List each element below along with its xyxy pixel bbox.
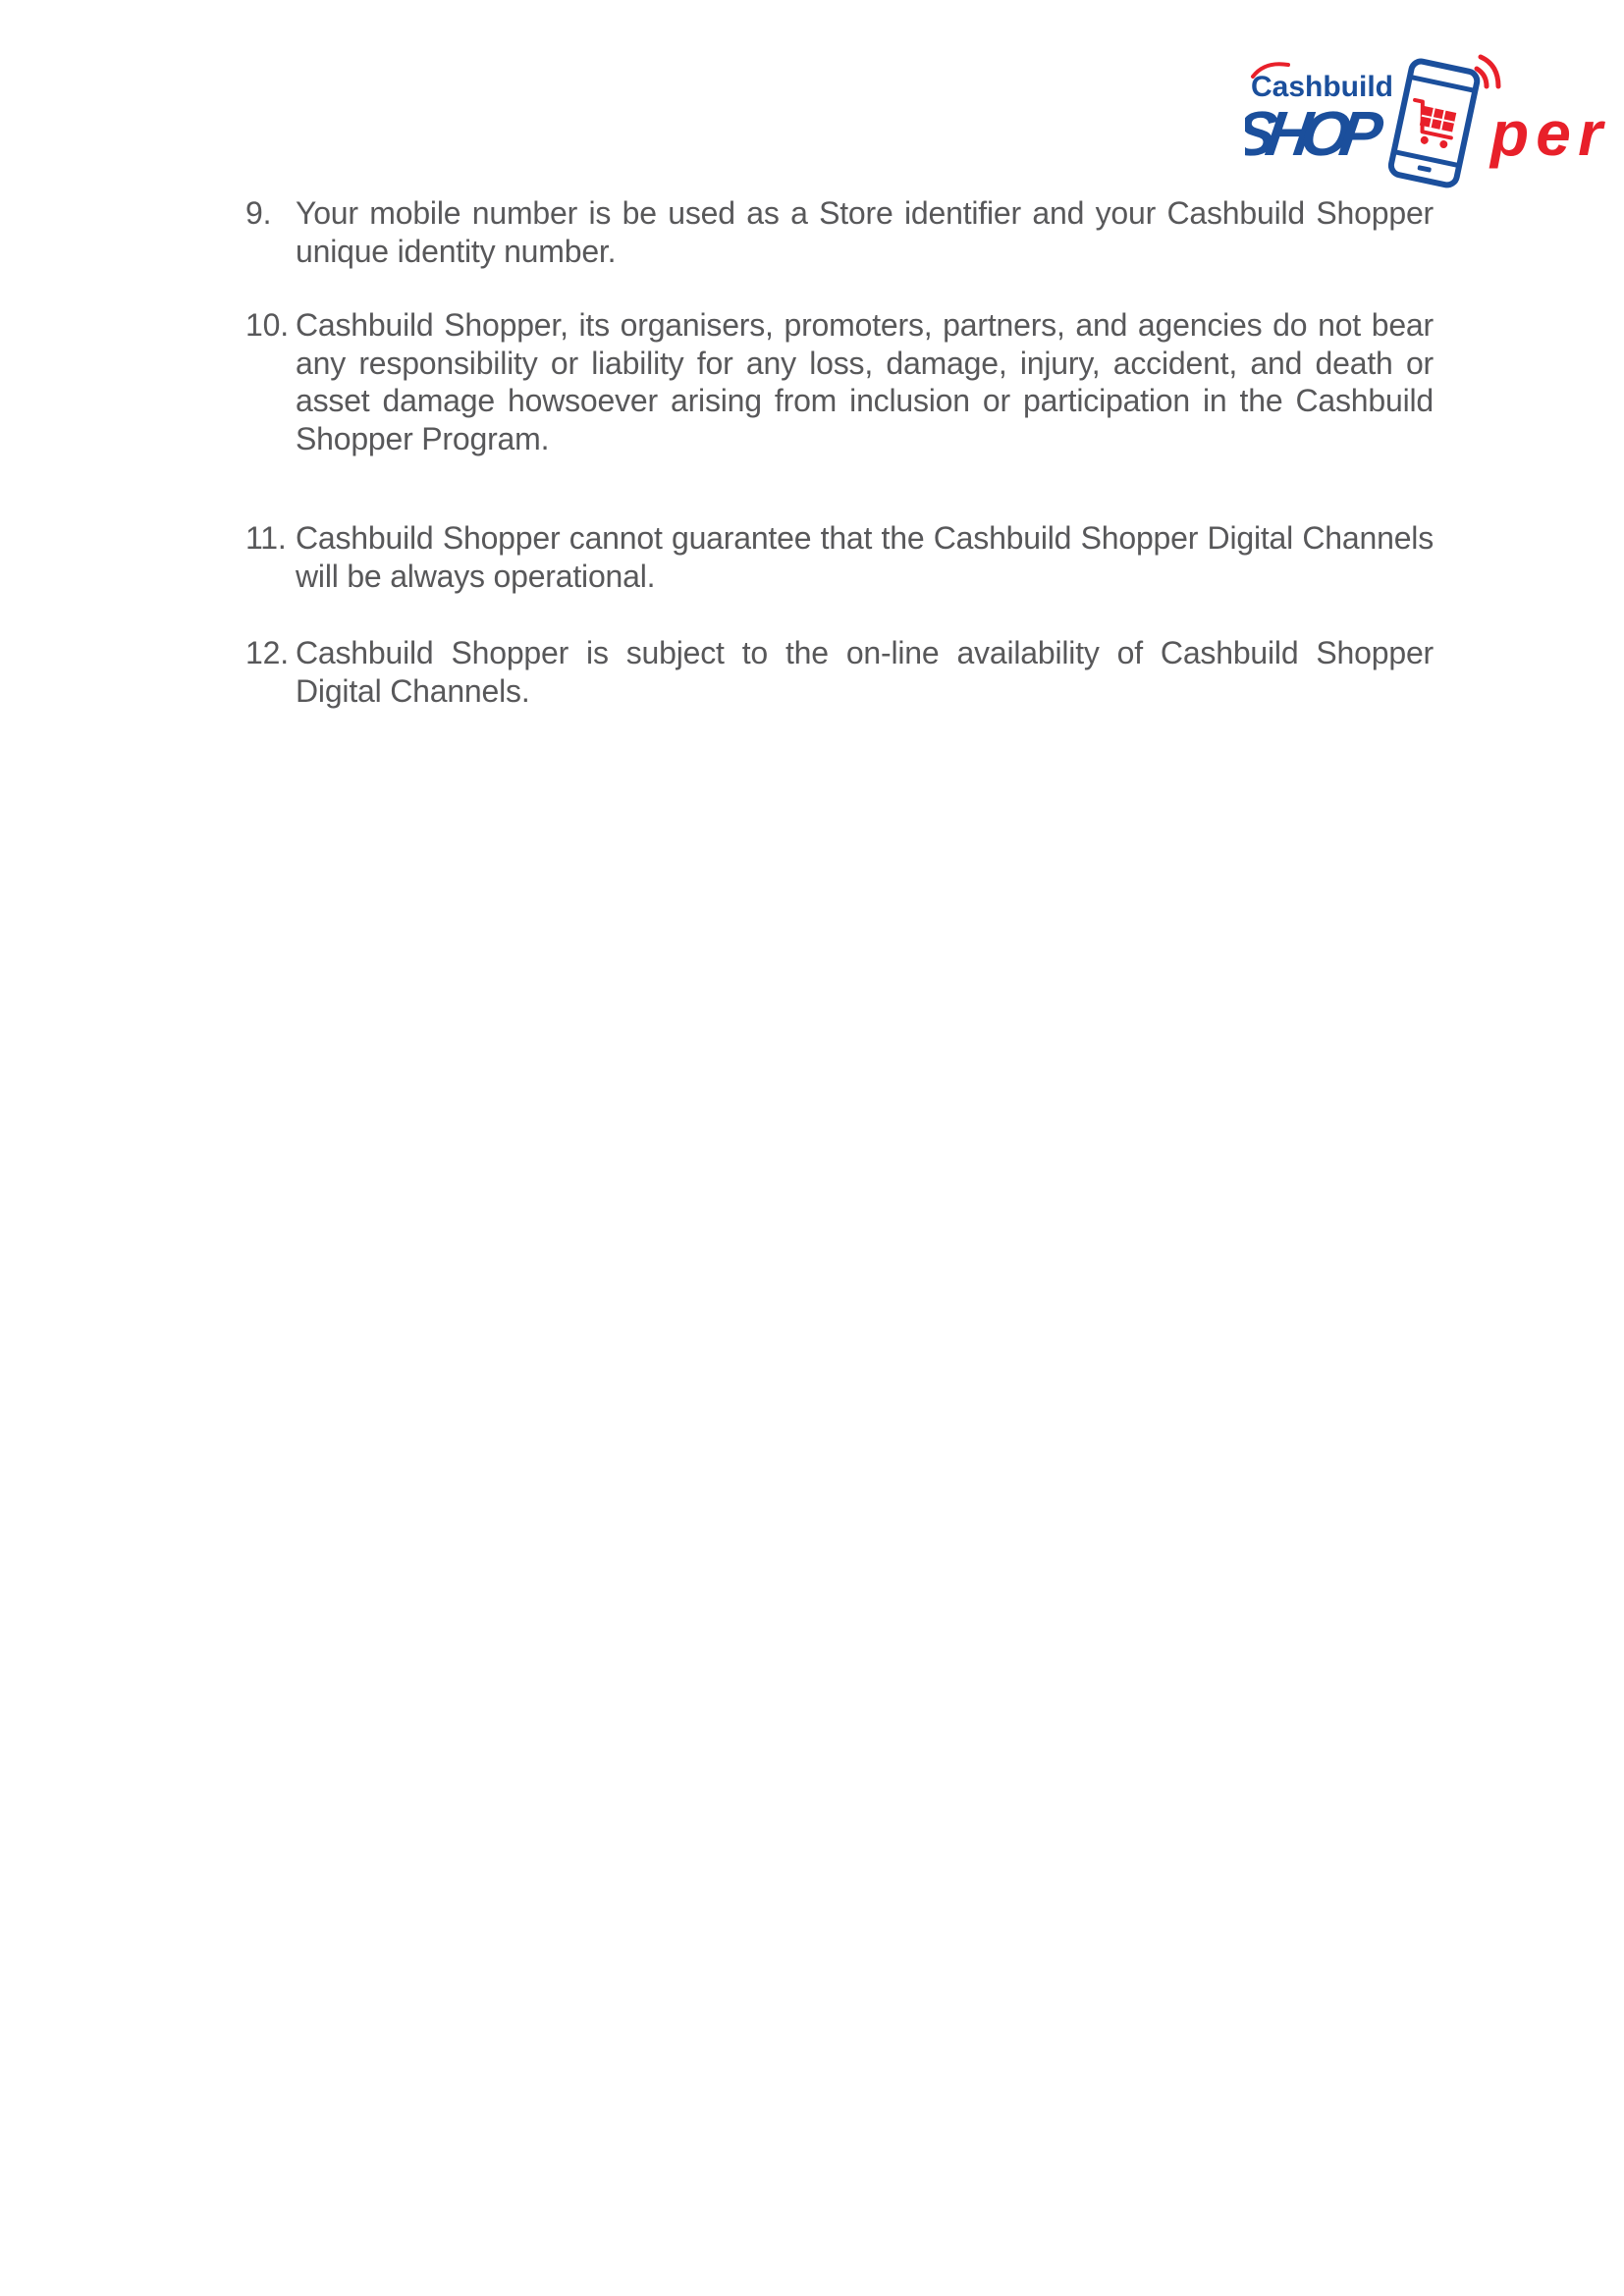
item-text: Cashbuild Shopper cannot guarantee that …	[296, 519, 1434, 595]
terms-list: 9. Your mobile number is be used as a St…	[245, 194, 1434, 710]
logo-brand-left: SHOP	[1245, 98, 1387, 169]
item-text: Cashbuild Shopper is subject to the on-l…	[296, 634, 1434, 710]
item-number: 10.	[245, 306, 296, 457]
terms-item-10: 10. Cashbuild Shopper, its organisers, p…	[245, 306, 1434, 457]
item-number: 11.	[245, 519, 296, 595]
terms-item-9: 9. Your mobile number is be used as a St…	[245, 194, 1434, 270]
logo-brand-right: per	[1489, 98, 1605, 169]
smartphone-cart-icon	[1389, 60, 1479, 187]
item-number: 9.	[245, 194, 296, 270]
cashbuild-shopper-logo: Cashbuild SHOP per	[1245, 47, 1608, 194]
terms-item-11: 11. Cashbuild Shopper cannot guarantee t…	[245, 519, 1434, 595]
terms-item-12: 12. Cashbuild Shopper is subject to the …	[245, 634, 1434, 710]
item-text: Cashbuild Shopper, its organisers, promo…	[296, 306, 1434, 457]
item-text: Your mobile number is be used as a Store…	[296, 194, 1434, 270]
item-number: 12.	[245, 634, 296, 710]
